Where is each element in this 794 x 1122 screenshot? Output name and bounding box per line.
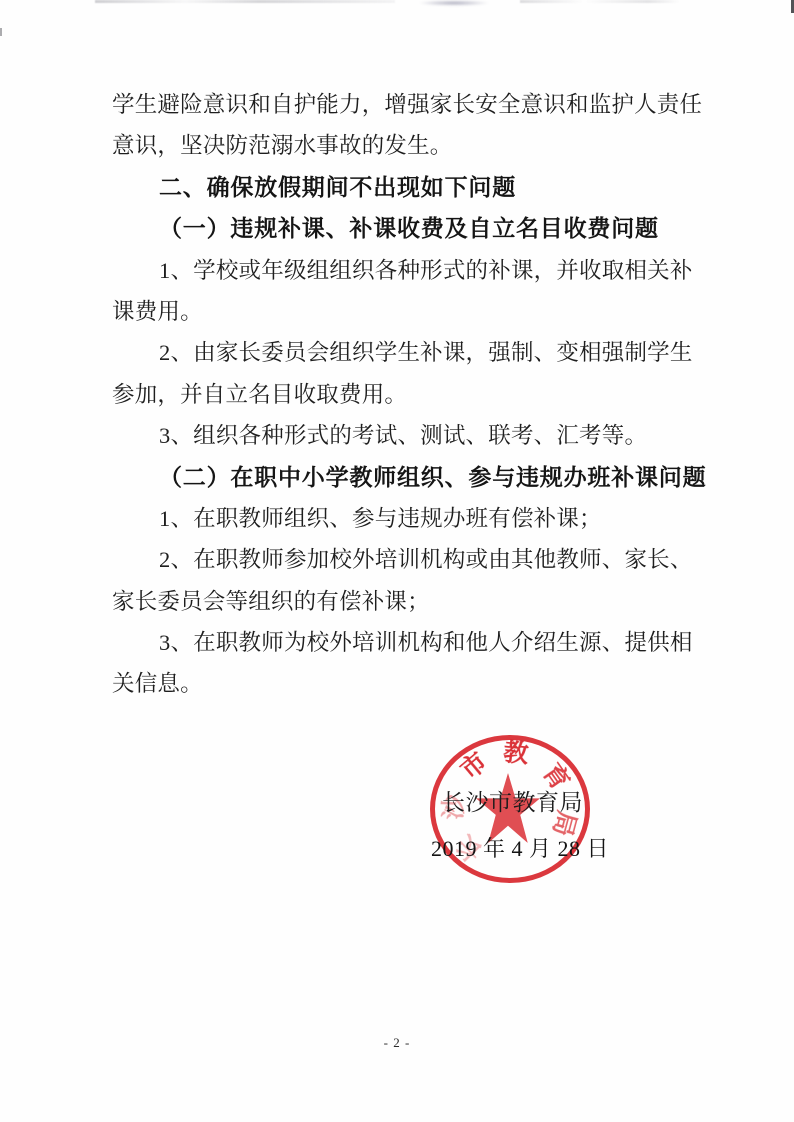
text-line: 关信息。 <box>112 663 712 704</box>
text-line: 家长委员会等组织的有偿补课； <box>112 581 712 622</box>
text-line: 2、由家长委员会组织学生补课，强制、变相强制学生 <box>112 332 712 373</box>
scan-artifact <box>418 0 490 6</box>
issue-date: 2019 年 4 月 28 日 <box>431 832 609 863</box>
text-line: 3、组织各种形式的考试、测试、联考、汇考等。 <box>112 415 712 456</box>
page-number: - 2 - <box>0 1035 794 1051</box>
text-line: （二）在职中小学教师组织、参与违规办班补课问题 <box>112 457 712 498</box>
scan-artifact <box>0 28 2 36</box>
text-line: 1、在职教师组织、参与违规办班有偿补课； <box>112 498 712 539</box>
text-line: 参加，并自立名目收取费用。 <box>112 374 712 415</box>
text-line: 二、确保放假期间不出现如下问题 <box>112 167 712 208</box>
text-line: 学生避险意识和自护能力，增强家长安全意识和监护人责任 <box>112 84 712 125</box>
text-line: 3、在职教师为校外培训机构和他人介绍生源、提供相 <box>112 622 712 663</box>
issuer-signature: 长沙市教育局 <box>442 784 583 817</box>
text-line: 2、在职教师参加校外培训机构或由其他教师、家长、 <box>112 539 712 580</box>
text-line: 1、学校或年级组组织各种形式的补课，并收取相关补 <box>112 250 712 291</box>
document-body: 学生避险意识和自护能力，增强家长安全意识和监护人责任意识，坚决防范溺水事故的发生… <box>112 84 712 705</box>
scan-artifact <box>95 0 395 3</box>
text-line: （一）违规补课、补课收费及自立名目收费问题 <box>112 208 712 249</box>
text-line: 课费用。 <box>112 291 712 332</box>
scanned-document-page: 学生避险意识和自护能力，增强家长安全意识和监护人责任意识，坚决防范溺水事故的发生… <box>0 0 794 1122</box>
text-line: 意识，坚决防范溺水事故的发生。 <box>112 125 712 166</box>
scan-artifact <box>520 0 680 3</box>
seal-arc-char: 教 <box>501 739 530 770</box>
